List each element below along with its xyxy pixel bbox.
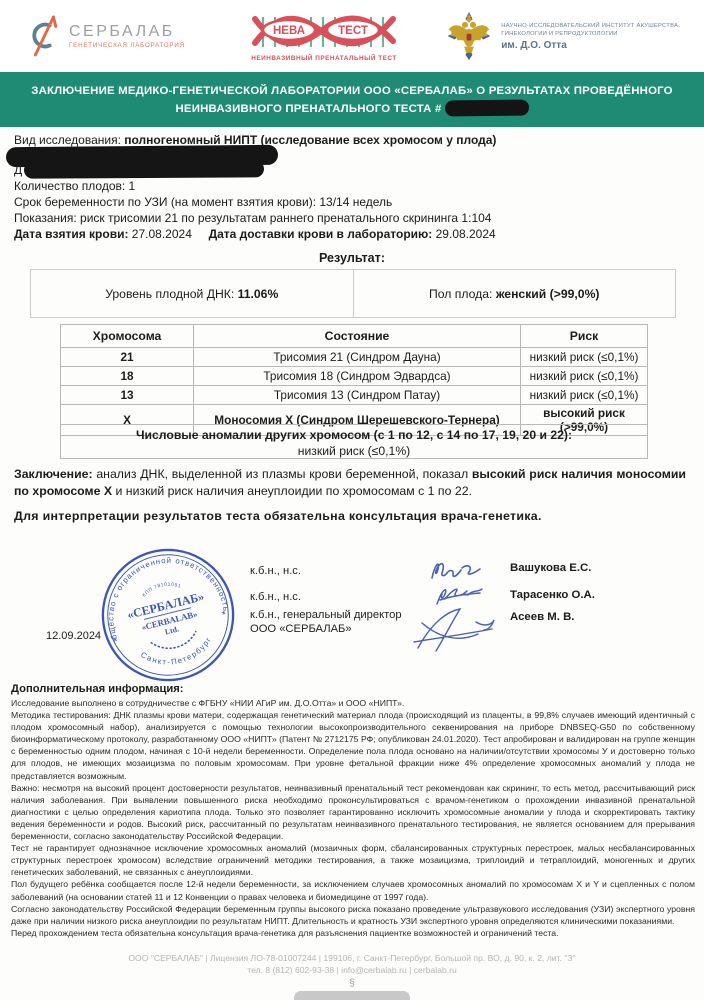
dates-line: Дата взятия крови: 27.08.2024 Дата доста… (14, 227, 496, 241)
banner-line1: ЗАКЛЮЧЕНИЕ МЕДИКО-ГЕНЕТИЧЕСКОЙ ЛАБОРАТОР… (0, 83, 704, 100)
additional-paragraph: Исследование выполнено в сотрудничестве … (11, 697, 695, 709)
serbalab-name: СЕРБАЛАБ (69, 24, 185, 40)
stamp-date: 12.09.2024 (46, 630, 101, 642)
eagle-crest-icon (445, 10, 493, 62)
footer-line1: ООО "СЕРБАЛАБ" | Лицензия ЛО-78-01007244… (0, 952, 704, 964)
serbalab-mark-icon (24, 14, 62, 58)
test-word: ТЕСТ (338, 25, 368, 37)
fetal-sex-cell: Пол плода: женский (>99,0%) (353, 270, 676, 317)
company-stamp-icon: Общество с ограниченной ответственностью… (100, 546, 236, 684)
signer-name-1: Вашукова Е.С. (510, 562, 591, 574)
signer-name-3: Асеев М. В. (510, 611, 574, 623)
section-mark: § (0, 978, 704, 989)
fetal-dna-cell: Уровень плодной ДНК: 11.06% (31, 270, 353, 317)
additional-paragraph: Согласно законодательству Российской Фед… (11, 903, 695, 927)
header: СЕРБАЛАБ ГЕНЕТИЧЕСКАЯ ЛАБОРАТОРИЯ НЕВА Т… (0, 0, 704, 72)
banner-line2: НЕИНВАЗИВНОГО ПРЕНАТАЛЬНОГО ТЕСТА # (0, 100, 704, 118)
signer-title-3: к.б.н., генеральный директор ООО «СЕРБАЛ… (250, 609, 402, 636)
nevatest-subtitle: НЕИНВАЗИВНЫЙ ПРЕНАТАЛЬНЫЙ ТЕСТ (251, 55, 397, 62)
report-page: СЕРБАЛАБ ГЕНЕТИЧЕСКАЯ ЛАБОРАТОРИЯ НЕВА Т… (0, 0, 704, 1000)
signature-1-icon (428, 556, 486, 584)
additional-paragraph: Пол будущего ребёнка сообщается после 12… (11, 878, 695, 902)
col-state: Состояние (194, 325, 521, 348)
indications-line: Показания: риск трисомии 21 по результат… (14, 211, 491, 225)
result-heading: Результат: (0, 251, 704, 265)
table-header-row: Хромосома Состояние Риск (61, 325, 648, 348)
nevatest-logo: НЕВА ТЕСТ НЕИНВАЗИВНЫЙ ПРЕНАТАЛЬНЫЙ ТЕСТ (249, 10, 399, 62)
neva-word: НЕВА (273, 25, 305, 37)
svg-text:Ltd.: Ltd. (164, 624, 180, 636)
additional-paragraph: Важно: несмотря на высокий процент досто… (11, 782, 695, 842)
consultation-note: Для интерпретации результатов теста обяз… (14, 509, 690, 523)
dna-helix-icon: НЕВА ТЕСТ (249, 10, 399, 54)
otta-line1: НАУЧНО-ИССЛЕДОВАТЕЛЬСКИЙ ИНСТИТУТ АКУШЕР… (501, 22, 680, 30)
col-risk: Риск (521, 325, 648, 348)
other-anomalies-value: низкий риск (≤0,1%) (61, 443, 647, 459)
table-row: 18 Трисомия 18 (Синдром Эдвардса) низкий… (61, 367, 648, 386)
report-title-banner: ЗАКЛЮЧЕНИЕ МЕДИКО-ГЕНЕТИЧЕСКОЙ ЛАБОРАТОР… (0, 72, 704, 127)
other-anomalies-box: Числовые аномалии других хромосом (с 1 п… (60, 424, 648, 459)
signature-3-icon (408, 604, 500, 656)
chromosome-table: Хромосома Состояние Риск 21 Трисомия 21 … (60, 324, 648, 436)
bottom-pill-control[interactable] (294, 991, 410, 1000)
signer-title-2: к.б.н., н.с. (250, 591, 301, 605)
redacted-line-letter: Д (14, 163, 22, 177)
serbalab-subtitle: ГЕНЕТИЧЕСКАЯ ЛАБОРАТОРИЯ (69, 42, 185, 49)
footer: ООО "СЕРБАЛАБ" | Лицензия ЛО-78-01007244… (0, 952, 704, 976)
additional-info-text: Исследование выполнено в сотрудничестве … (11, 697, 695, 939)
otta-line2: ГИНЕКОЛОГИИ И РЕПРОДУКТОЛОГИИ (501, 30, 680, 38)
table-row: 13 Трисомия 13 (Синдром Патау) низкий ри… (61, 386, 648, 405)
result-summary-table: Уровень плодной ДНК: 11.06% Пол плода: ж… (30, 269, 676, 318)
footer-line2: тел. 8 (812) 602-93-38 | info@cerbalab.r… (0, 964, 704, 976)
signer-name-2: Тарасенко О.А. (510, 589, 595, 601)
otta-institute-logo: НАУЧНО-ИССЛЕДОВАТЕЛЬСКИЙ ИНСТИТУТ АКУШЕР… (445, 10, 680, 62)
redaction-blob-test-number (444, 100, 528, 117)
redaction-blob-birthdate (24, 160, 264, 178)
additional-paragraph: Перед прохождением теста обязательна кон… (11, 927, 695, 939)
conclusion-paragraph: Заключение: анализ ДНК, выделенной из пл… (14, 466, 686, 499)
gestation-line: Срок беременности по УЗИ (на момент взят… (14, 195, 392, 209)
additional-info-heading: Дополнительная информация: (11, 683, 183, 695)
serbalab-logo: СЕРБАЛАБ ГЕНЕТИЧЕСКАЯ ЛАБОРАТОРИЯ (24, 14, 185, 58)
additional-paragraph: Методика тестирования: ДНК плазмы крови … (11, 709, 695, 782)
additional-paragraph: Тест не гарантирует однозначное исключен… (11, 842, 695, 878)
otta-line3: им. Д.О. Отта (501, 40, 680, 51)
fetus-count-line: Количество плодов: 1 (14, 179, 135, 193)
other-anomalies-title: Числовые аномалии других хромосом (с 1 п… (61, 427, 647, 443)
col-chromosome: Хромосома (61, 325, 194, 348)
signer-title-1: к.б.н., н.с. (250, 565, 301, 579)
table-row: 21 Трисомия 21 (Синдром Дауна) низкий ри… (61, 348, 648, 367)
